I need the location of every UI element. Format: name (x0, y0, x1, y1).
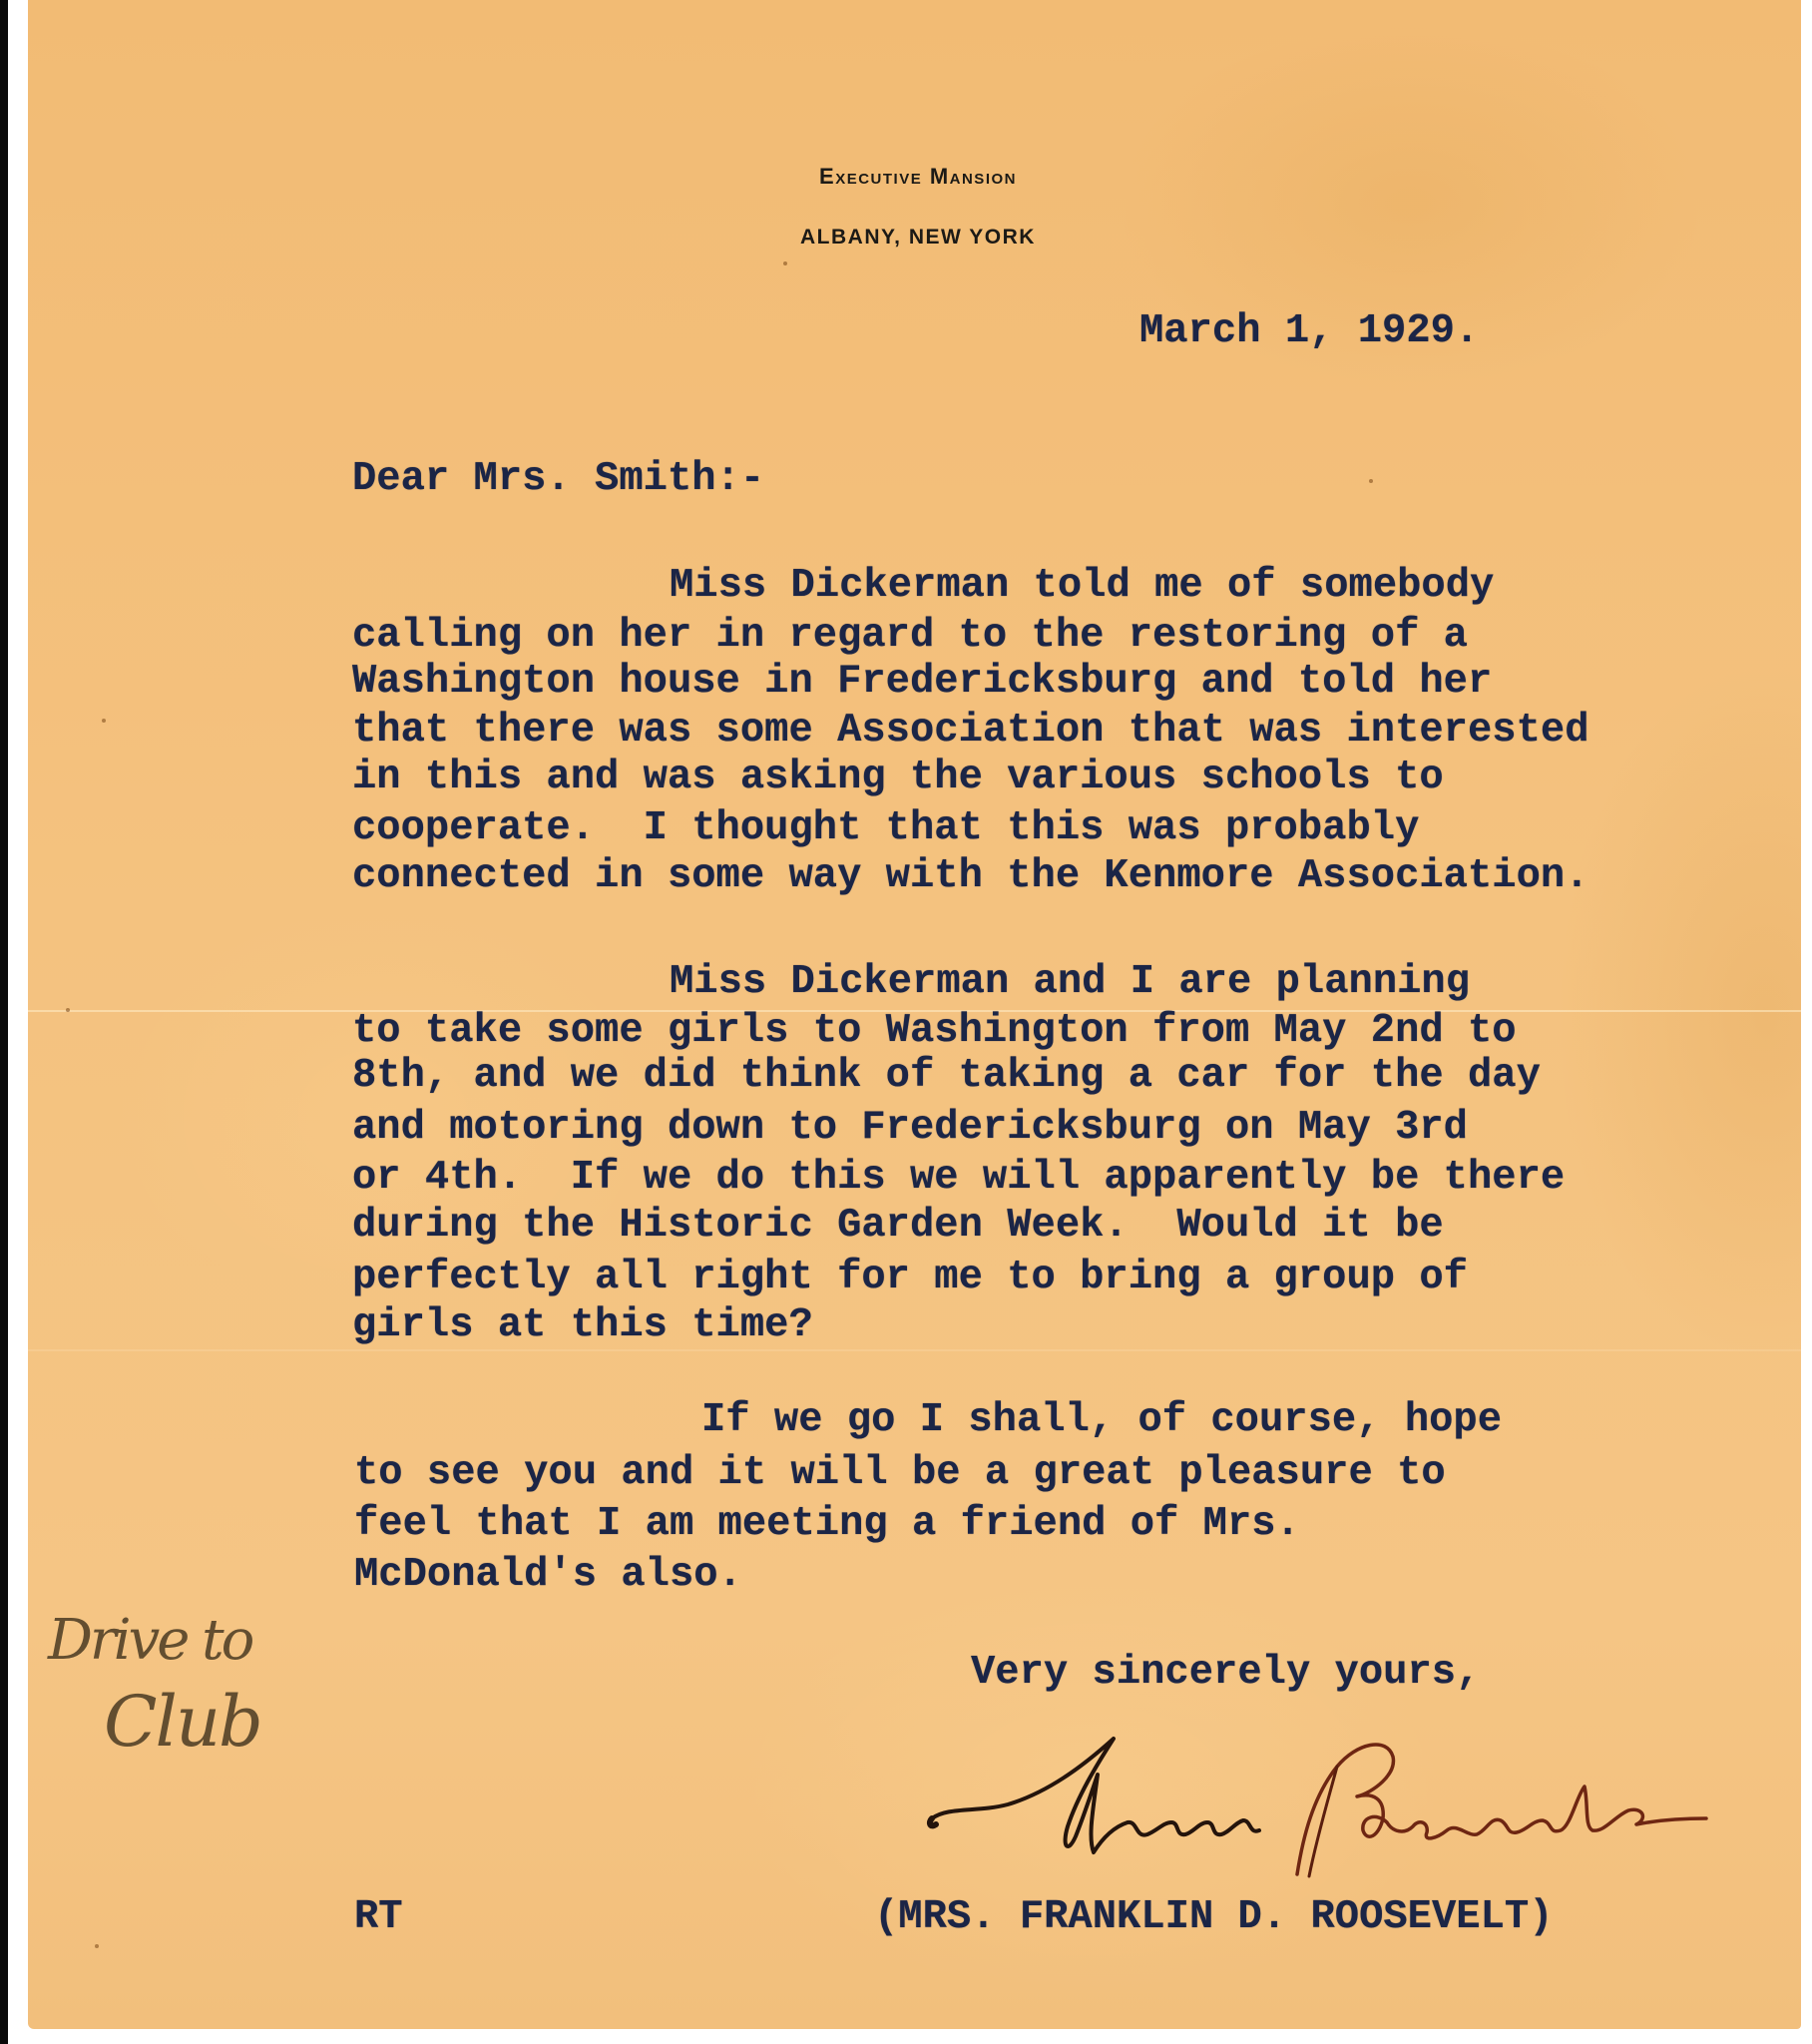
closing: Very sincerely yours, (971, 1653, 1480, 1693)
paper-speck (783, 261, 787, 265)
paper-speck (66, 1008, 70, 1012)
body-line: feel that I am meeting a friend of Mrs. (354, 1504, 1300, 1544)
body-line: girls at this time? (352, 1305, 813, 1345)
paper-speck (102, 719, 106, 723)
fold-crease (28, 1349, 1801, 1351)
body-line: McDonald's also. (354, 1555, 742, 1595)
margin-note-line2: Club (104, 1687, 261, 1757)
handwritten-signature (918, 1727, 1736, 1886)
body-line: Miss Dickerman and I are planning (670, 962, 1470, 1002)
body-line: perfectly all right for me to bring a gr… (352, 1258, 1468, 1297)
body-line: cooperate. I thought that this was proba… (352, 808, 1419, 848)
letterhead-title: Executive Mansion (698, 164, 1137, 190)
body-line: to take some girls to Washington from Ma… (352, 1011, 1517, 1051)
body-line: Miss Dickerman told me of somebody (670, 566, 1494, 606)
margin-note-line1: Drive to (48, 1611, 251, 1671)
letterhead-address: ALBANY, NEW YORK (698, 226, 1137, 250)
body-line: If we go I shall, of course, hope (701, 1400, 1502, 1440)
body-line: Washington house in Fredericksburg and t… (352, 662, 1492, 702)
body-line: during the Historic Garden Week. Would i… (352, 1206, 1444, 1246)
signature-first-name (932, 1739, 1259, 1852)
body-line: in this and was asking the various schoo… (352, 758, 1444, 797)
signature-last-name (1297, 1745, 1706, 1874)
body-line: calling on her in regard to the restorin… (352, 616, 1468, 656)
scan-edge-bar (0, 0, 8, 2044)
paper-speck (1369, 479, 1373, 483)
typed-signature-name: (MRS. FRANKLIN D. ROOSEVELT) (874, 1897, 1554, 1937)
paper-speck (95, 1944, 99, 1948)
body-line: and motoring down to Fredericksburg on M… (352, 1108, 1468, 1148)
body-line: 8th, and we did think of taking a car fo… (352, 1056, 1541, 1096)
body-line: that there was some Association that was… (352, 711, 1589, 751)
body-line: to see you and it will be a great pleasu… (354, 1453, 1446, 1493)
letter-date: March 1, 1929. (1139, 311, 1479, 351)
body-line: connected in some way with the Kenmore A… (352, 856, 1589, 896)
body-line: or 4th. If we do this we will apparently… (352, 1158, 1565, 1198)
salutation: Dear Mrs. Smith:- (352, 459, 764, 499)
typist-initials: RT (354, 1897, 403, 1937)
